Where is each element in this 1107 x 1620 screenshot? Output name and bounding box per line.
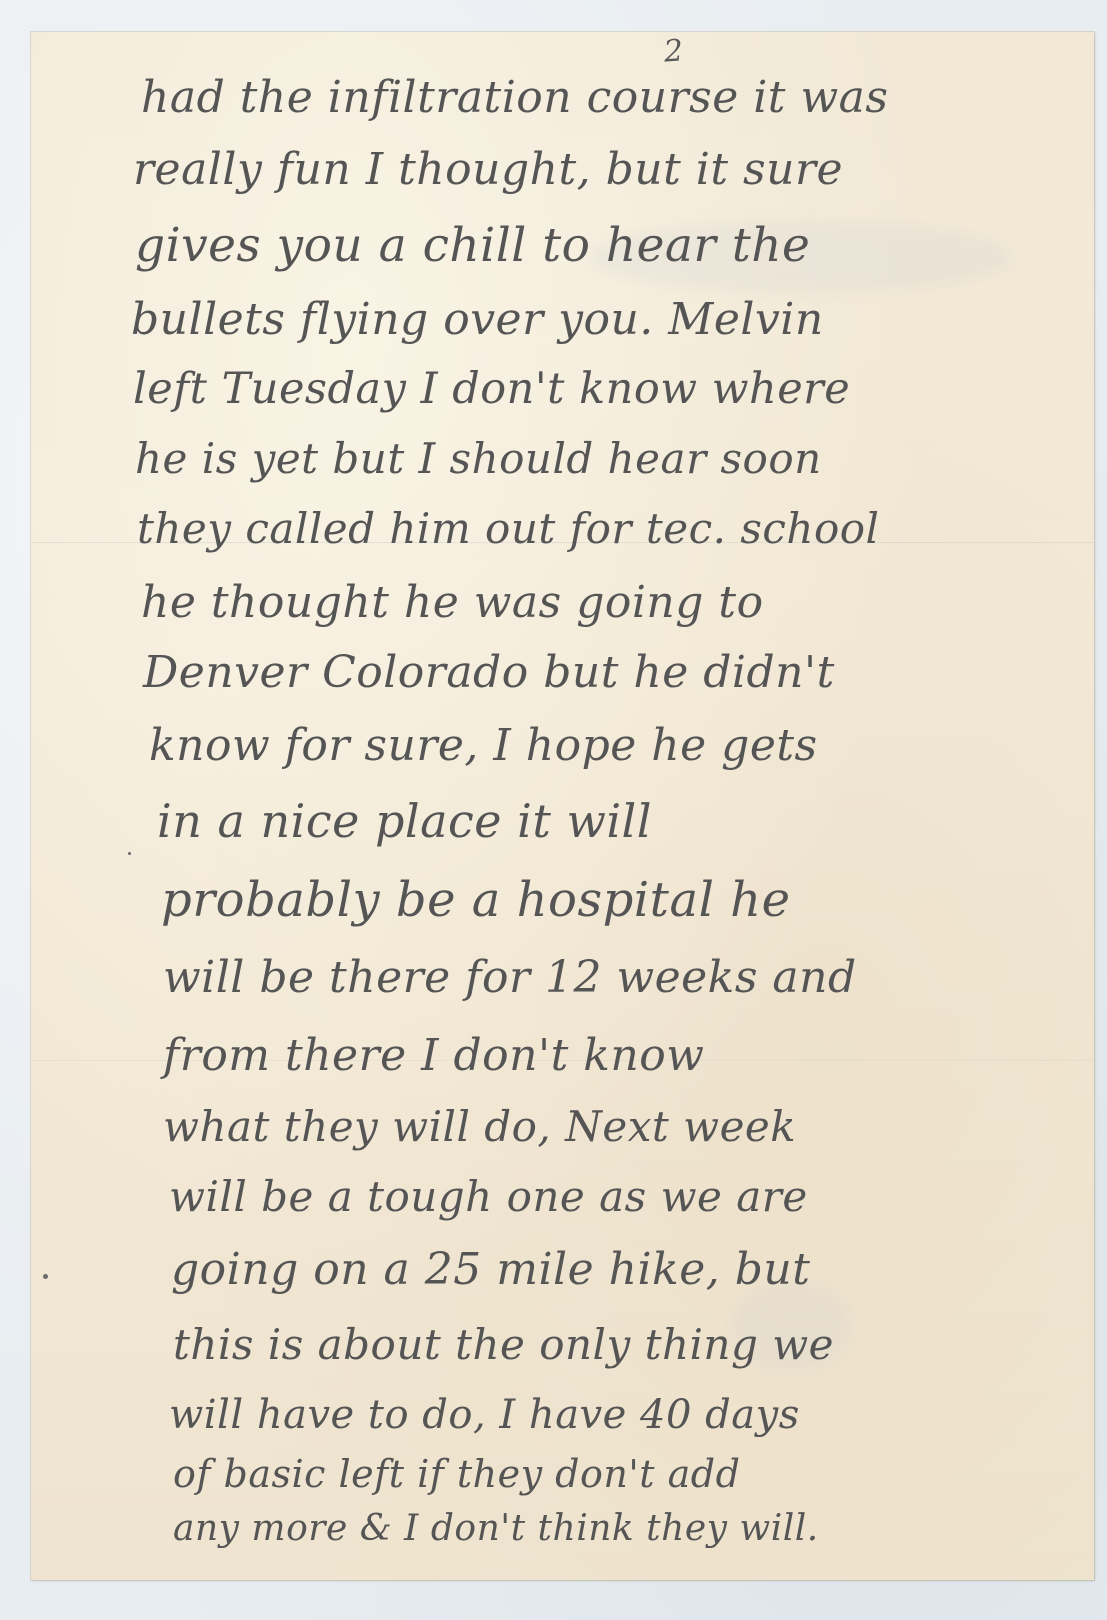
- stray-pencil-dot: [43, 1274, 48, 1279]
- page-number: 2: [663, 33, 684, 69]
- letter-line: really fun I thought, but it sure: [133, 144, 843, 195]
- letter-line: know for sure, I hope he gets: [149, 720, 818, 771]
- letter-line: he is yet but I should hear soon: [135, 434, 822, 483]
- letter-line: any more & I don't think they will.: [173, 1508, 819, 1549]
- letter-line: probably be a hospital he: [161, 872, 791, 928]
- letter-line: bullets flying over you. Melvin: [131, 294, 824, 345]
- letter-line: left Tuesday I don't know where: [133, 364, 850, 414]
- letter-line: in a nice place it will: [157, 794, 652, 848]
- letter-line: will have to do, I have 40 days: [169, 1392, 800, 1438]
- letter-line: they called him out for tec. school: [137, 504, 879, 553]
- letter-line: what they will do, Next week: [163, 1102, 796, 1151]
- letter-line: will be there for 12 weeks and: [163, 952, 857, 1003]
- letter-line: this is about the only thing we: [173, 1320, 834, 1369]
- letter-line: gives you a chill to hear the: [135, 218, 810, 273]
- letter-line: of basic left if they don't add: [173, 1452, 740, 1496]
- letter-line: had the infiltration course it was: [141, 72, 888, 123]
- stray-pencil-dot: [128, 852, 131, 855]
- letter-line: will be a tough one as we are: [169, 1172, 808, 1221]
- letter-line: he thought he was going to: [141, 577, 764, 628]
- letter-line: from there I don't know: [163, 1030, 704, 1081]
- letter-page: 2 had the infiltration course it was rea…: [31, 32, 1094, 1580]
- letter-line: going on a 25 mile hike, but: [171, 1244, 810, 1295]
- letter-line: Denver Colorado but he didn't: [143, 647, 835, 698]
